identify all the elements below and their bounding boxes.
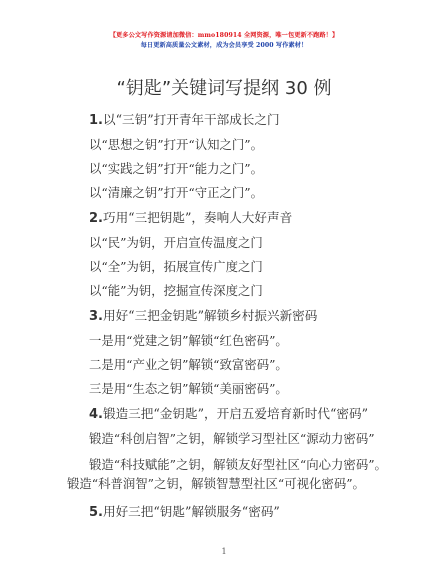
body-line: 锻造“科创启智”之钥，解锁学习型社区“源动力密码”	[89, 431, 375, 447]
page-number: 1	[0, 547, 448, 556]
body-line: 锻造“科普润智”之钥，解锁智慧型社区“可视化密码”。	[67, 476, 365, 492]
body-line: 锻造“科技赋能”之钥，解锁友好型社区“向心力密码”。	[89, 457, 387, 473]
body-line: 以“能”为钥，挖掘宣传深度之门	[89, 283, 263, 299]
heading-number: 4.	[89, 407, 103, 422]
heading-number: 2.	[89, 211, 103, 226]
heading-text: 用好“三把金钥匙”解锁乡村振兴新密码	[103, 308, 317, 323]
document-page: 【更多公文写作资源请加微信：mmo180914 全网资源，唯一包更新不跑路！】 …	[0, 0, 448, 580]
heading-text: 用好三把“钥匙”解锁服务“密码”	[103, 504, 280, 519]
heading-1: 1.以“三钥”打开青年干部成长之门	[89, 112, 280, 129]
heading-4: 4.锻造三把“金钥匙”，开启五爱培育新时代“密码”	[89, 406, 368, 423]
promo-banner-line-2: 每日更新高质量公文素材，成为会员享受 2000 写作素材！	[0, 40, 448, 49]
heading-text: 巧用“三把钥匙”，奏响人大好声音	[103, 210, 292, 225]
heading-3: 3.用好“三把金钥匙”解锁乡村振兴新密码	[89, 308, 317, 325]
body-line: 以“清廉之钥”打开“守正之门”。	[89, 185, 263, 201]
document-title: “钥匙”关键词写提纲 30 例	[0, 74, 448, 100]
body-line: 以“全”为钥，拓展宣传广度之门	[89, 259, 263, 275]
body-line: 以“思想之钥”打开“认知之门”。	[89, 137, 263, 153]
heading-text: 以“三钥”打开青年干部成长之门	[103, 112, 280, 127]
body-line: 以“民”为钥，开启宣传温度之门	[89, 235, 263, 251]
heading-number: 1.	[89, 113, 103, 128]
body-line: 三是用“生态之钥”解锁“美丽密码”。	[89, 381, 288, 397]
body-line: 以“实践之钥”打开“能力之门”。	[89, 161, 263, 177]
heading-5: 5.用好三把“钥匙”解锁服务“密码”	[89, 504, 280, 521]
heading-2: 2.巧用“三把钥匙”，奏响人大好声音	[89, 210, 292, 227]
body-line: 二是用“产业之钥”解锁“致富密码”。	[89, 357, 288, 373]
heading-text: 锻造三把“金钥匙”，开启五爱培育新时代“密码”	[103, 406, 368, 421]
promo-banner-line-1: 【更多公文写作资源请加微信：mmo180914 全网资源，唯一包更新不跑路！】	[0, 30, 448, 39]
heading-number: 3.	[89, 309, 103, 324]
body-line: 一是用“党建之钥”解锁“红色密码”。	[89, 333, 288, 349]
heading-number: 5.	[89, 505, 103, 520]
